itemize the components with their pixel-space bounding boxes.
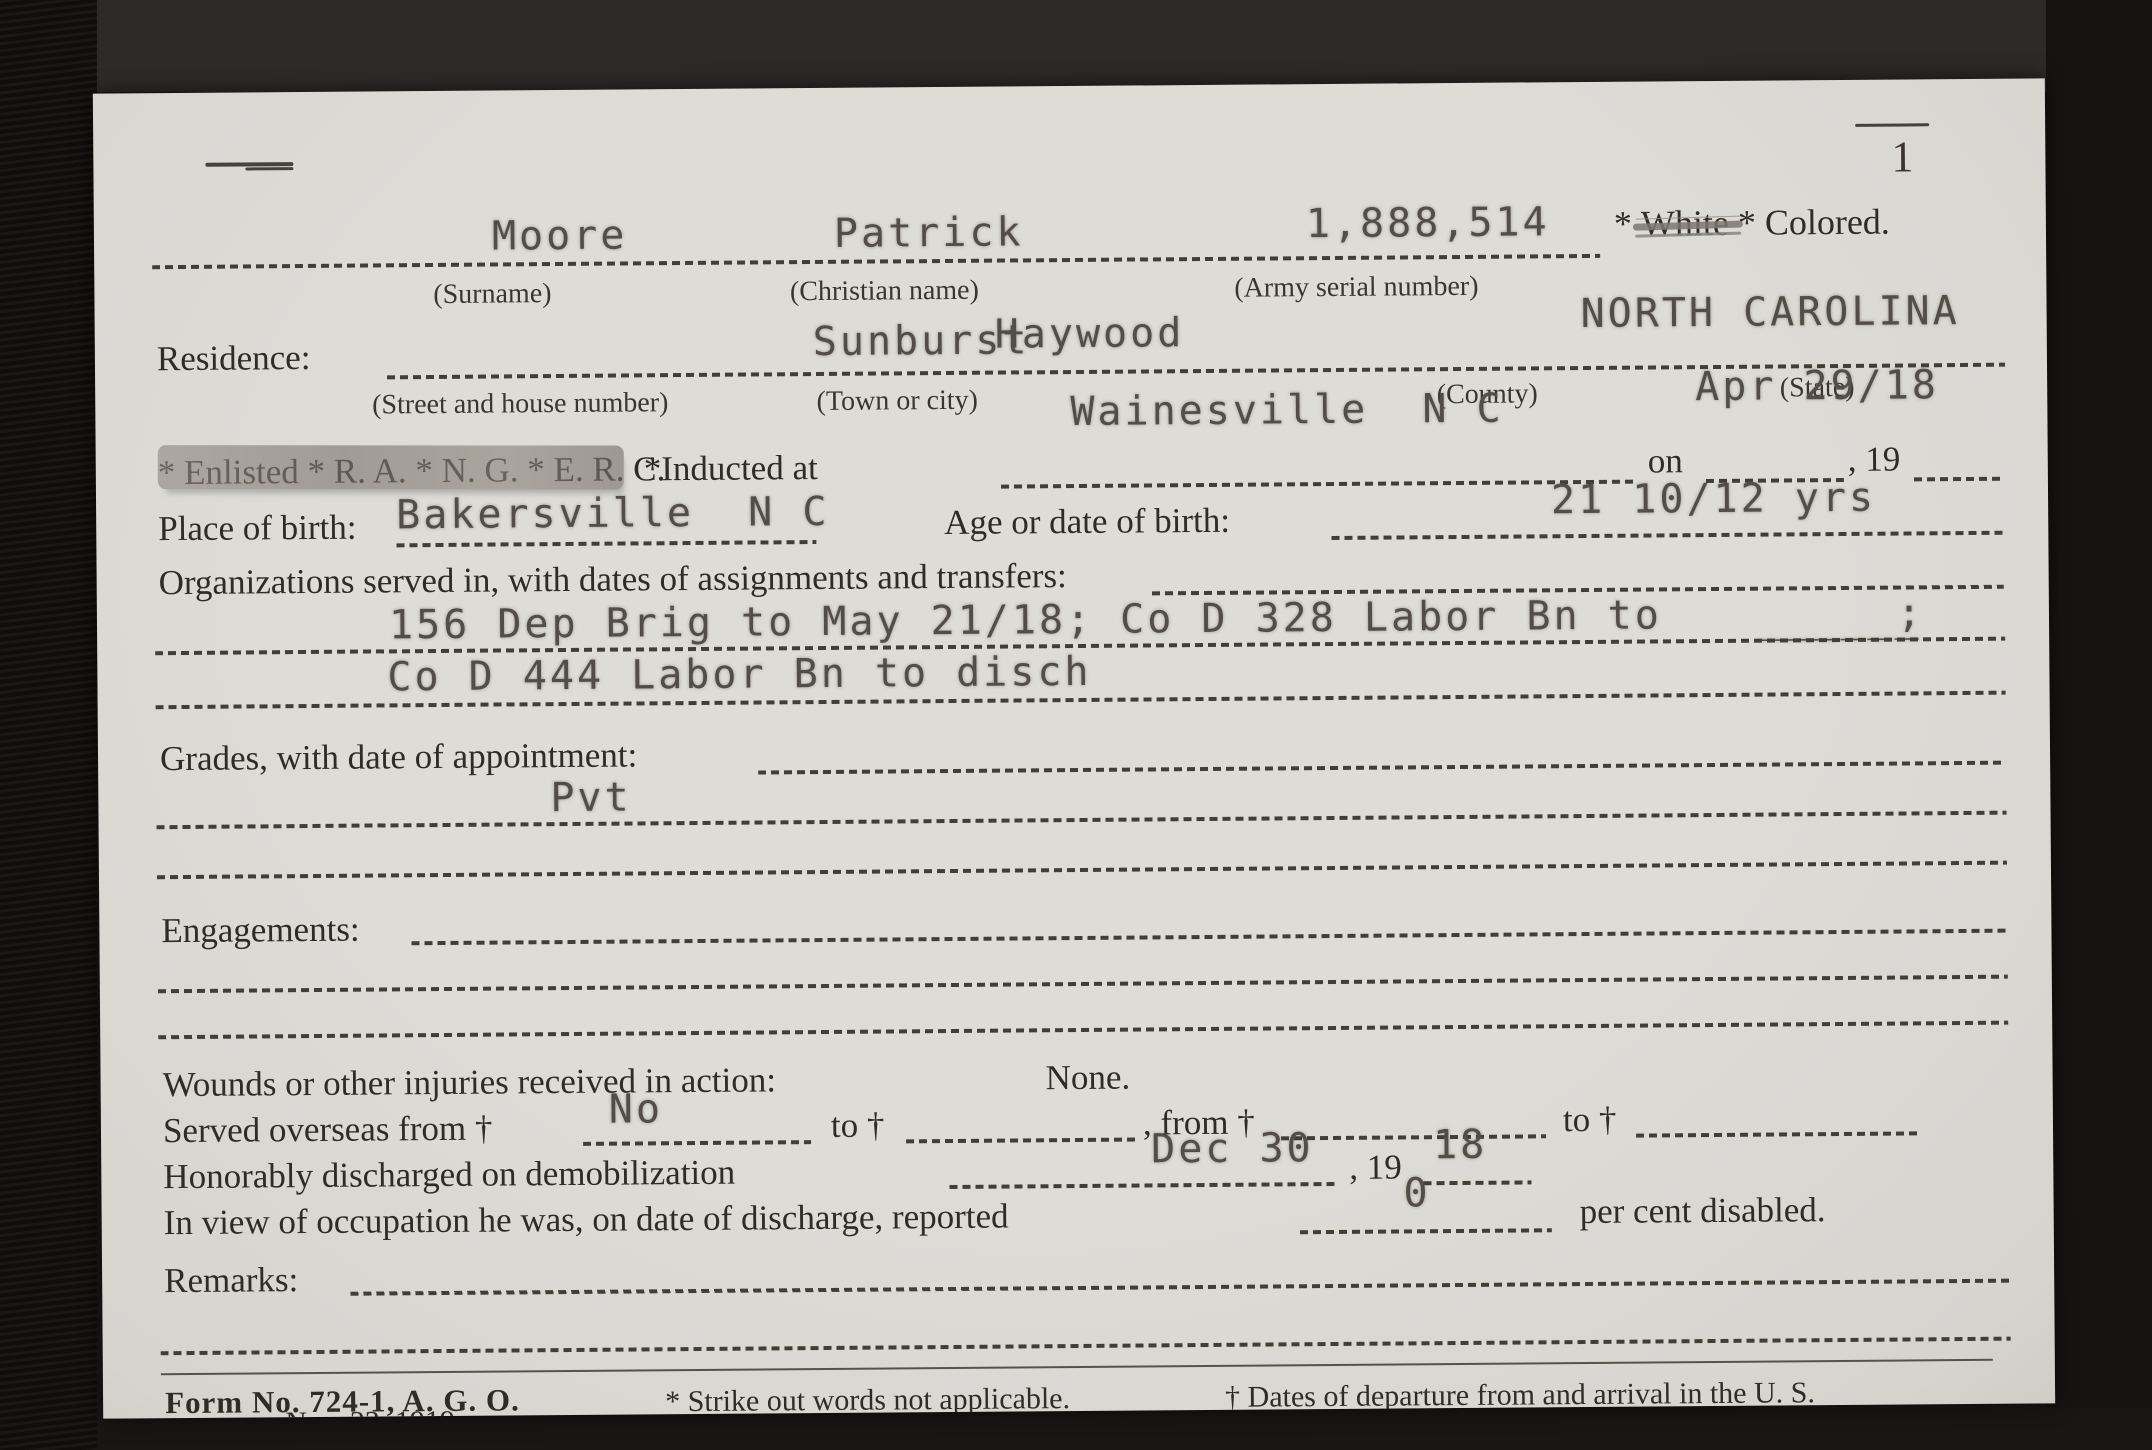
race-white-struck: White (1641, 205, 1729, 242)
grades-rule-1 (157, 811, 2007, 830)
discharge-year-prefix: , 19 (1349, 1149, 1402, 1184)
inducted-at-rule (1001, 480, 1636, 489)
scan-background-top (0, 0, 2152, 92)
place-of-birth-rule (396, 540, 816, 547)
inducted-date-value: Apr 29/18 (1695, 365, 1939, 407)
serial-number-label: (Army serial number) (1234, 273, 1478, 303)
inducted-at-label: *Inducted at (644, 450, 818, 486)
book-binding-edge (0, 0, 97, 1450)
year-19-label: , 19 (1848, 442, 1901, 477)
organizations-line1-semicolon: ; (1897, 593, 1924, 633)
disability-label: In view of occupation he was, on date of… (164, 1199, 1009, 1241)
discharge-year-rule (1423, 1180, 1531, 1185)
overseas-rule-1 (583, 1140, 811, 1146)
engagements-rule-2 (158, 1021, 2008, 1040)
christian-name-label: (Christian name) (790, 277, 979, 306)
overseas-to2-label: to † (1563, 1102, 1617, 1137)
stray-dash-mark-2 (245, 167, 293, 170)
year-rule (1914, 477, 2002, 482)
organizations-line1: 156 Dep Brig to May 21/18; Co D 328 Labo… (389, 595, 1662, 645)
wounds-value: None. (1045, 1060, 1130, 1096)
race-selection: * White * Colored. (1614, 204, 1890, 242)
age-value: 21 10/12 yrs (1551, 478, 1876, 521)
discharge-date-value: Dec 30 (1151, 1128, 1314, 1169)
overseas-label: Served overseas from † (163, 1111, 493, 1149)
overseas-rule-4 (1636, 1131, 1918, 1137)
discharge-year-value: 18 (1433, 1125, 1487, 1165)
discharge-rule (949, 1182, 1334, 1189)
discharge-label: Honorably discharged on demobilization (163, 1155, 735, 1194)
serial-number-value: 1,888,514 (1306, 202, 1550, 244)
race-colored: Colored. (1765, 202, 1890, 243)
grades-rule-2 (157, 861, 2007, 880)
scan-background-right (2046, 0, 2152, 1450)
overseas-to1-label: to † (831, 1108, 885, 1143)
town-label: (Town or city) (816, 387, 978, 416)
inducted-place-value: Wainesville N C (1070, 389, 1504, 432)
grades-value: Pvt (550, 777, 632, 818)
footer-divider-line (161, 1359, 1993, 1375)
street-label: (Street and house number) (372, 389, 668, 419)
remarks-label: Remarks: (164, 1262, 298, 1298)
wounds-label: Wounds or other injuries received in act… (162, 1062, 776, 1102)
overseas-rule-3 (1281, 1134, 1546, 1140)
age-rule (1331, 531, 2003, 540)
residence-label: Residence: (157, 340, 311, 376)
disability-value: 0 (1403, 1173, 1430, 1213)
engagements-rule-1 (158, 975, 2008, 994)
surname-label: (Surname) (433, 280, 551, 309)
engagements-label: Engagements: (161, 912, 360, 949)
page-number-dash (1855, 123, 1929, 127)
residence-state-value: NORTH CAROLINA (1580, 291, 1959, 334)
age-label: Age or date of birth: (944, 503, 1230, 540)
remarks-rule-1 (161, 1337, 2011, 1356)
residence-county-value: Haywood (995, 313, 1185, 354)
surname-value: Moore (492, 215, 628, 256)
remarks-rule-0 (350, 1279, 2010, 1296)
organizations-line2: Co D 444 Labor Bn to disch (387, 652, 1091, 698)
overseas-rule-2 (906, 1138, 1138, 1144)
stray-dash-mark (205, 162, 293, 167)
page-number: 1 (1891, 135, 1913, 179)
organizations-label: Organizations served in, with dates of a… (159, 558, 1067, 600)
service-record-card: 1 Moore Patrick 1,888,514 * White * Colo… (93, 78, 2055, 1418)
disability-suffix: per cent disabled. (1580, 1192, 1826, 1229)
place-of-birth-label: Place of birth: (158, 510, 357, 547)
grades-label: Grades, with date of appointment: (160, 737, 637, 776)
pencil-strikeout-band (158, 445, 624, 489)
on-label: on (1648, 443, 1683, 478)
place-of-birth-value: Bakersville N C (396, 492, 830, 535)
engagements-rule-0 (411, 929, 2006, 946)
christian-name-value: Patrick (834, 212, 1024, 253)
overseas-value: No (609, 1089, 663, 1129)
grades-rule-0 (758, 761, 2005, 775)
disability-rule (1300, 1228, 1552, 1234)
